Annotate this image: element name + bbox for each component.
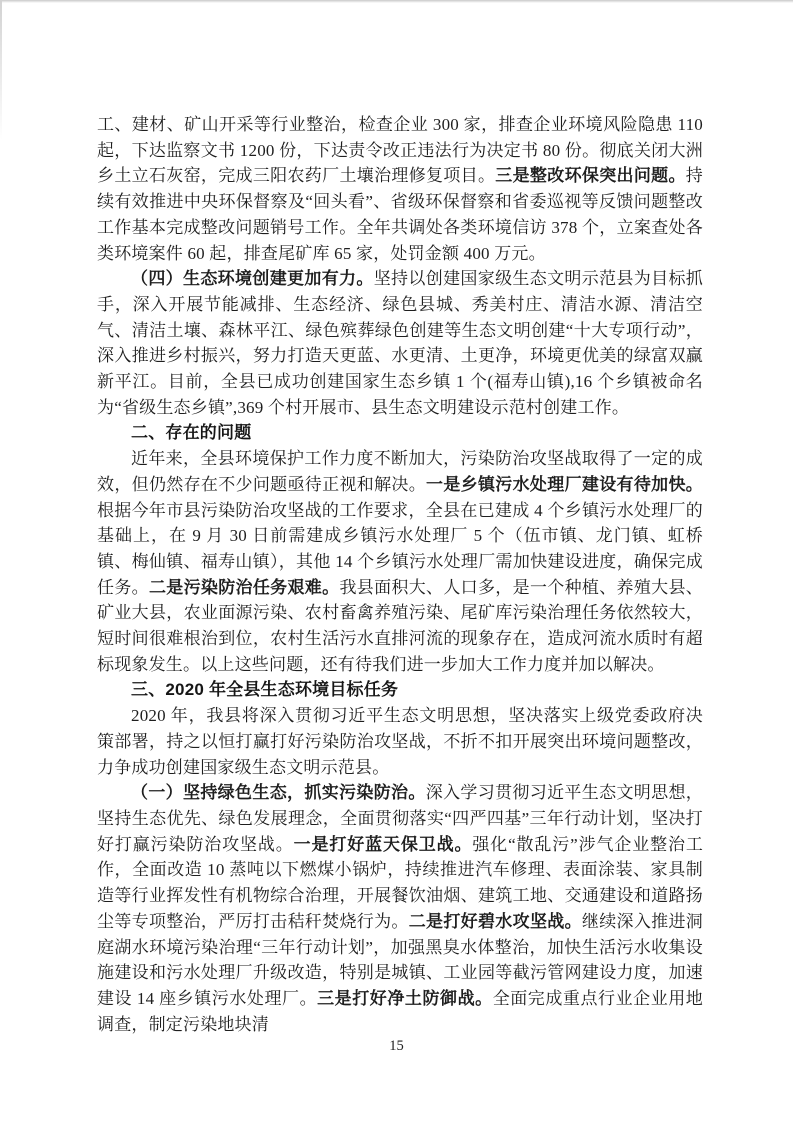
heading-existing-problems: 二、存在的问题 — [97, 420, 703, 446]
text-run: 2020 年，我县将深入贯彻习近平生态文明思想，坚决落实上级党委政府决策部署，持… — [97, 706, 703, 776]
scan-edge-artifact-top — [0, 0, 793, 3]
para-green-ecology-tasks: （一）坚持绿色生态，抓实污染防治。深入学习贯彻习近平生态文明思想，坚持生态优先、… — [97, 780, 703, 1037]
text-run: 三是整改环保突出问题。 — [495, 166, 686, 185]
text-run: 一是乡镇污水处理厂建设有待加快。 — [426, 475, 703, 494]
text-run: （一）坚持绿色生态，抓实污染防治。 — [131, 783, 426, 802]
para-eco-creation: （四）生态环境创建更加有力。坚持以创建国家级生态文明示范县为目标抓手，深入开展节… — [97, 266, 703, 420]
heading-2020-targets: 三、2020 年全县生态环境目标任务 — [97, 677, 703, 703]
text-run: 坚持以创建国家级生态文明示范县为目标抓手，深入开展节能减排、生态经济、绿色县城、… — [97, 269, 703, 417]
text-run: 三是打好净土防御战。 — [317, 989, 493, 1008]
para-2020-overview: 2020 年，我县将深入贯彻习近平生态文明思想，坚决落实上级党委政府决策部署，持… — [97, 703, 703, 780]
document-page: 工、建材、矿山开采等行业整治，检查企业 300 家，排查企业环境风险隐患 110… — [0, 0, 793, 1122]
para-enforcement-results: 工、建材、矿山开采等行业整治，检查企业 300 家，排查企业环境风险隐患 110… — [97, 112, 703, 266]
page-number: 15 — [0, 1038, 793, 1055]
text-run: 三、2020 年全县生态环境目标任务 — [131, 680, 398, 699]
scan-edge-artifact-left — [0, 0, 2, 140]
text-run: 二、存在的问题 — [131, 423, 251, 442]
text-run: （四）生态环境创建更加有力。 — [131, 269, 374, 288]
text-run: 二是打好碧水攻坚战。 — [409, 912, 582, 931]
text-run: 二是污染防治任务艰难。 — [149, 578, 340, 597]
text-run: 一是打好蓝天保卫战。 — [294, 835, 473, 854]
para-problems-detail: 近年来，全县环境保护工作力度不断加大，污染防治攻坚战取得了一定的成效，但仍然存在… — [97, 446, 703, 677]
document-body: 工、建材、矿山开采等行业整治，检查企业 300 家，排查企业环境风险隐患 110… — [97, 112, 703, 1037]
